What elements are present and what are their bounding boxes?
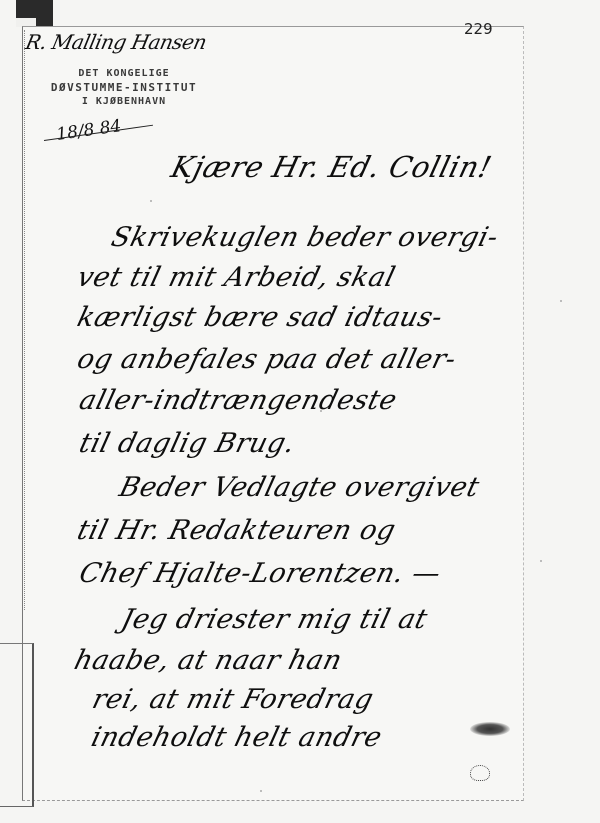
paper-speck — [560, 300, 562, 302]
stamp-line: DET KONGELIGE — [44, 67, 204, 81]
paper-speck — [320, 410, 322, 412]
body-line: og anbefales paa det aller- — [74, 344, 459, 375]
dark-corner-shadow — [16, 0, 53, 27]
body-line: vet til mit Arbeid, skal — [74, 262, 398, 293]
body-line: til Hr. Redakteuren og — [74, 515, 399, 546]
scanned-page: R. Malling Hansen DET KONGELIGE DØVSTUMM… — [0, 0, 600, 823]
salutation: Kjære Hr. Ed. Collin! — [168, 150, 496, 184]
bottom-pencil-mark — [470, 765, 490, 781]
paper-speck — [540, 560, 542, 562]
institution-stamp: DET KONGELIGE DØVSTUMME-INSTITUT I KJØBE… — [44, 67, 204, 109]
left-tab-outline — [0, 643, 34, 807]
signature: R. Malling Hansen — [23, 30, 208, 54]
stamp-line: I KJØBENHAVN — [44, 95, 204, 109]
body-line: Skrivekuglen beder overgi- — [108, 222, 501, 253]
body-line: Chef Hjalte-Lorentzen. — — [76, 558, 444, 589]
body-line: haabe, at naar han — [71, 645, 345, 676]
body-line: til daglig Brug. — [76, 428, 298, 459]
left-fold-line — [24, 30, 25, 610]
body-line: kærligst bære sad idtaus- — [74, 302, 446, 333]
body-line: Beder Vedlagte overgivet — [116, 472, 482, 503]
paper-speck — [260, 790, 262, 792]
body-line: rei, at mit Foredrag — [89, 684, 377, 715]
page-number: 229 — [464, 20, 493, 38]
paper-speck — [150, 200, 152, 202]
body-line: aller-indtrængendeste — [76, 385, 400, 416]
body-line: indeholdt helt andre — [88, 722, 385, 753]
ink-smudge — [470, 722, 510, 736]
stamp-line: DØVSTUMME-INSTITUT — [44, 81, 204, 95]
body-line: Jeg driester mig til at — [118, 604, 431, 635]
